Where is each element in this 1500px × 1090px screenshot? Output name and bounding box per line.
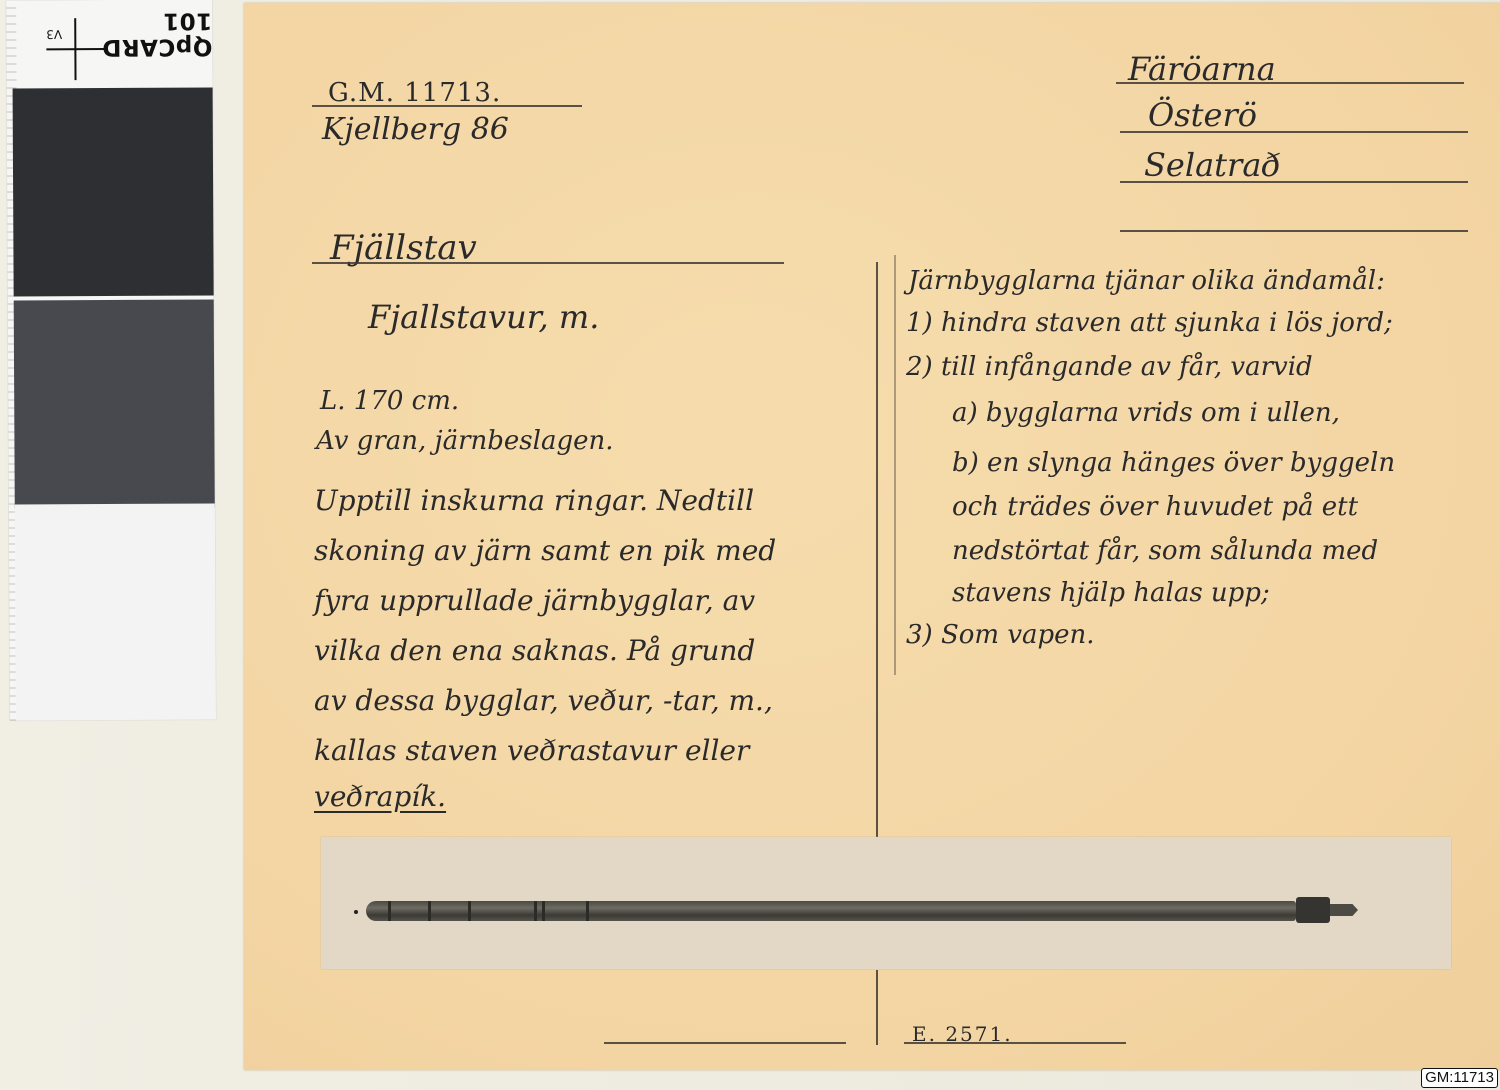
- column-divider: [876, 262, 878, 838]
- uses-line: 1) hindra staven att sjunka i lös jord;: [906, 308, 1393, 338]
- staff-spike: [1330, 904, 1358, 916]
- rule-line: [1120, 131, 1468, 133]
- description-line: av dessa bygglar, veður, -tar, m.,: [314, 684, 773, 717]
- uses-line: stavens hjälp halas upp;: [952, 578, 1270, 608]
- description-line: fyra upprullade järnbygglar, av: [314, 584, 755, 617]
- description-line: veðrapík.: [314, 780, 446, 813]
- color-calibration-card: QpCARD 101 V3: [6, 0, 216, 721]
- description-line: skoning av järn samt en pik med: [314, 534, 776, 567]
- gray-patch-dark: [13, 87, 214, 296]
- length: L. 170 cm.: [320, 386, 459, 416]
- column-margin: [894, 255, 896, 675]
- material: Av gran, järnbeslagen.: [316, 426, 614, 456]
- description-line: kallas staven veðrastavur eller: [314, 734, 749, 767]
- location-village: Selatrað: [1144, 146, 1281, 184]
- catalog-number: G.M. 11713.: [328, 78, 501, 108]
- brand-version: V3: [46, 27, 62, 41]
- gray-patch-white: [15, 503, 216, 720]
- collector-reference: Kjellberg 86: [322, 112, 509, 147]
- uses-line: b) en slynga hänges över byggeln: [952, 448, 1395, 478]
- rule-line: [604, 1042, 846, 1044]
- staff-image: [366, 901, 1296, 921]
- rule-line: [312, 105, 582, 107]
- uses-line: och trädes över huvudet på ett: [952, 492, 1358, 522]
- uses-line: Järnbygglarna tjänar olika ändamål:: [908, 266, 1385, 296]
- rule-line: [1120, 181, 1468, 183]
- location-island: Österö: [1148, 96, 1257, 134]
- rule-line: [1120, 230, 1468, 232]
- description-line: vilka den ena saknas. På grund: [314, 634, 755, 667]
- rule-line: [312, 262, 784, 264]
- brand-name: QpCARD 101: [70, 7, 212, 60]
- staff-ferrule: [1296, 897, 1330, 923]
- uses-line: nedstörtat får, som sålunda med: [952, 536, 1378, 566]
- column-divider-bottom: [876, 970, 878, 1045]
- rule-line: [1116, 82, 1464, 84]
- uses-line: a) bygglarna vrids om i ullen,: [952, 398, 1340, 428]
- photo-speck: [354, 910, 358, 914]
- inventory-label: GM:11713: [1421, 1068, 1498, 1088]
- uses-line: 2) till infångande av får, varvid: [906, 352, 1313, 382]
- description-line: Upptill inskurna ringar. Nedtill: [314, 484, 754, 517]
- uses-line: 3) Som vapen.: [906, 620, 1095, 650]
- gray-patch-medium: [14, 299, 215, 508]
- rule-line: [904, 1042, 1126, 1044]
- crosshair-icon-vertical: [74, 18, 76, 80]
- local-name: Fjallstavur, m.: [368, 298, 599, 336]
